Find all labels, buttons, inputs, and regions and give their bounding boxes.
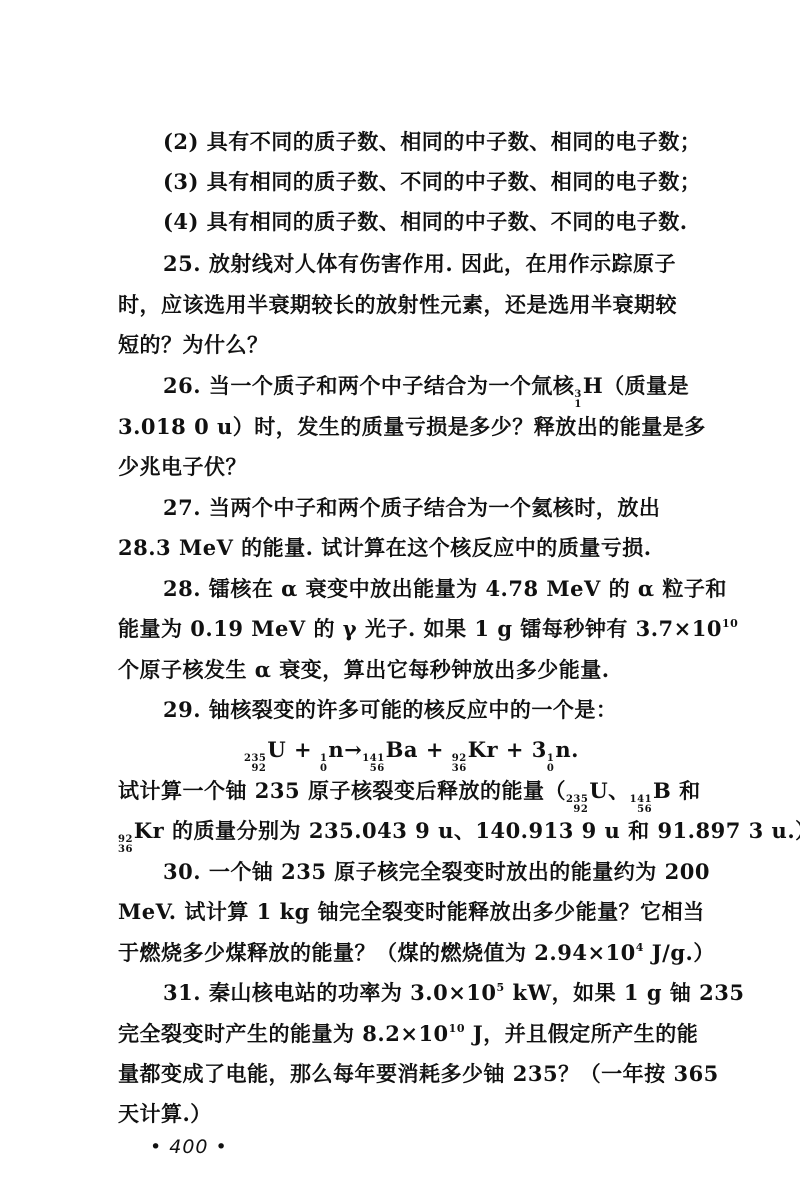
question-29-line-3: 试计算一个铀 235 原子核裂变后释放的能量（23592U、14156B 和 [118,777,748,815]
question-30-text: 于燃烧多少煤释放的能量？（煤的燃烧值为 2.94×10 [118,940,636,965]
unit-text: J/g.） [644,940,715,965]
question-25-line-1: 25. 放射线对人体有伤害作用. 因此，在用作示踪原子 [163,250,793,278]
question-29-line-4: 9236Kr 的质量分别为 235.043 9 u、140.913 9 u 和 … [118,817,748,855]
textbook-page: (2) 具有不同的质子数、相同的中子数、相同的电子数； (3) 具有相同的质子数… [0,0,800,1178]
uranium-label: U、 [589,778,629,803]
question-30-line-1: 30. 一个铀 235 原子核完全裂变时放出的能量约为 200 [163,858,793,886]
question-31-line-2: 完全裂变时产生的能量为 8.2×1010 J，并且假定所产生的能 [118,1020,748,1048]
exponent: 4 [636,941,644,954]
reaction-arrow: → [344,737,362,762]
question-31-line-3: 量都变成了电能，那么每年要消耗多少铀 235？（一年按 365 [118,1060,748,1088]
question-29-text: 试计算一个铀 235 原子核裂变后释放的能量（ [118,778,566,803]
question-25-line-2: 时，应该选用半衰期较长的放射性元素，还是选用半衰期较 [118,291,748,319]
kr92-isotope-label: 9236 [452,754,467,774]
plus-sign: + [294,737,312,762]
question-28-line-2: 能量为 0.19 MeV 的 γ 光子. 如果 1 g 镭每秒钟有 3.7×10… [118,615,748,643]
fission-equation: 23592U + 10n→14156Ba + 9236Kr + 310n. [244,736,800,774]
ba141-isotope-label: 14156 [362,754,384,774]
kr92-isotope-label: 9236 [118,835,133,855]
question-29-line-1: 29. 铀核裂变的许多可能的核反应中的一个是： [163,696,793,724]
ba141-isotope-label: 14156 [630,795,652,815]
neutron-coefficient: 3 [532,737,547,762]
question-26-text-a: 26. 当一个质子和两个中子结合为一个氚核 [163,373,574,398]
question-31-text: 31. 秦山核电站的功率为 3.0×10 [163,980,497,1005]
option-4: (4) 具有相同的质子数、相同的中子数、不同的电子数. [163,208,793,236]
question-27-line-1: 27. 当两个中子和两个质子结合为一个氦核时，放出 [163,494,793,522]
neutron-symbol: n [555,737,571,762]
u235-isotope-label: 23592 [566,795,588,815]
period: . [571,737,579,762]
question-31-line-1: 31. 秦山核电站的功率为 3.0×105 kW，如果 1 g 铀 235 [163,979,793,1007]
question-28-line-3: 个原子核发生 α 衰变，算出它每秒钟放出多少能量. [118,656,748,684]
question-26-line-3: 少兆电子伏？ [118,453,748,481]
question-31-line-4: 天计算.） [118,1100,748,1128]
masses-text: Kr 的质量分别为 235.043 9 u、140.913 9 u 和 91.8… [134,818,800,843]
u235-isotope-label: 23592 [244,754,266,774]
atomic-number: 1 [574,400,581,410]
question-30-line-2: MeV. 试计算 1 kg 铀完全裂变时能释放出多少能量？它相当 [118,898,748,926]
neutron-symbol: n [328,737,344,762]
neutron-isotope-label: 10 [547,754,554,774]
question-28-text: 能量为 0.19 MeV 的 γ 光子. 如果 1 g 镭每秒钟有 3.7×10 [118,616,722,641]
plus-sign: + [506,737,524,762]
barium-symbol: Ba [386,737,418,762]
barium-label: B 和 [653,778,701,803]
page-number: • 400 • [150,1136,228,1158]
exponent: 10 [722,617,738,630]
krypton-symbol: Kr [468,737,498,762]
question-30-line-3: 于燃烧多少煤释放的能量？（煤的燃烧值为 2.94×104 J/g.） [118,939,748,967]
uranium-symbol: U [267,737,286,762]
option-2: (2) 具有不同的质子数、相同的中子数、相同的电子数； [163,128,793,156]
question-28-line-1: 28. 镭核在 α 衰变中放出能量为 4.78 MeV 的 α 粒子和 [163,575,793,603]
neutron-isotope-label: 10 [320,754,327,774]
question-26-line-2: 3.018 0 u）时，发生的质量亏损是多少？释放出的能量是多 [118,413,748,441]
question-25-line-3: 短的？为什么？ [118,331,748,359]
question-26-text-b: H（质量是 [583,373,689,398]
question-31-text-b: kW，如果 1 g 铀 235 [505,980,745,1005]
plus-sign: + [426,737,444,762]
question-26-line-1: 26. 当一个质子和两个中子结合为一个氚核31H（质量是 [163,372,793,410]
question-31-text-d: J，并且假定所产生的能 [465,1021,698,1046]
question-27-line-2: 28.3 MeV 的能量. 试计算在这个核反应中的质量亏损. [118,534,748,562]
tritium-isotope-label: 31 [574,390,581,410]
exponent: 5 [497,981,505,994]
option-3: (3) 具有相同的质子数、不同的中子数、相同的电子数； [163,168,793,196]
exponent: 10 [449,1022,465,1035]
question-31-text-c: 完全裂变时产生的能量为 8.2×10 [118,1021,449,1046]
